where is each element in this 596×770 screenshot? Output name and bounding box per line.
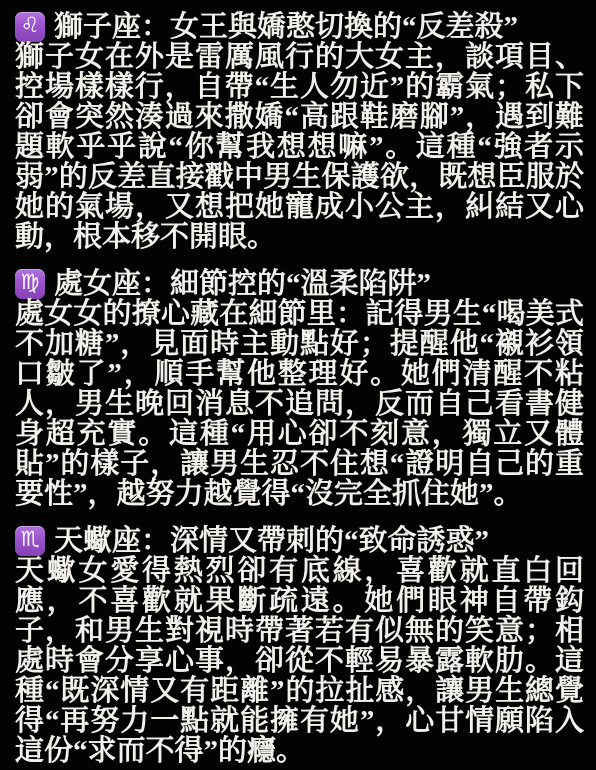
section-virgo-title: 處女座：細節控的“溫柔陷阱” — [54, 269, 431, 299]
section-virgo-heading: ♍ 處女座：細節控的“溫柔陷阱” — [15, 268, 584, 299]
section-scorpio-title: 天蠍座：深情又帶刺的“致命誘惑” — [54, 526, 489, 556]
section-leo-heading: ♌ 獅子座：女王與嬌憨切換的“反差殺” — [15, 11, 584, 42]
section-scorpio-body: 天蠍女愛得熱烈卻有底線，喜歡就直白回應，不喜歡就果斷疏遠。她們眼神自帶鈎子，和男… — [15, 556, 584, 766]
section-virgo-body: 處女女的撩心藏在細節里：記得男生“喝美式不加糖”，見面時主動點好；提醒他“襯衫領… — [15, 299, 584, 509]
scorpio-badge: ♏ — [15, 526, 45, 556]
zodiac-text-page: ♌ 獅子座：女王與嬌憨切換的“反差殺” 獅子女在外是雷厲風行的大女主，談項目、控… — [0, 0, 596, 770]
section-scorpio: ♏ 天蠍座：深情又帶刺的“致命誘惑” 天蠍女愛得熱烈卻有底線，喜歡就直白回應，不… — [15, 525, 584, 766]
virgo-badge: ♍ — [15, 269, 45, 299]
section-leo-body: 獅子女在外是雷厲風行的大女主，談項目、控場樣樣行，自帶“生人勿近”的霸氣；私下卻… — [15, 42, 584, 252]
virgo-zodiac-icon: ♍ — [21, 272, 40, 293]
scorpio-zodiac-icon: ♏ — [21, 529, 40, 550]
leo-badge: ♌ — [15, 12, 45, 42]
section-leo-title: 獅子座：女王與嬌憨切換的“反差殺” — [54, 12, 518, 42]
section-leo: ♌ 獅子座：女王與嬌憨切換的“反差殺” 獅子女在外是雷厲風行的大女主，談項目、控… — [15, 11, 584, 252]
section-virgo: ♍ 處女座：細節控的“溫柔陷阱” 處女女的撩心藏在細節里：記得男生“喝美式不加糖… — [15, 268, 584, 509]
section-scorpio-heading: ♏ 天蠍座：深情又帶刺的“致命誘惑” — [15, 525, 584, 556]
leo-zodiac-icon: ♌ — [21, 15, 40, 36]
